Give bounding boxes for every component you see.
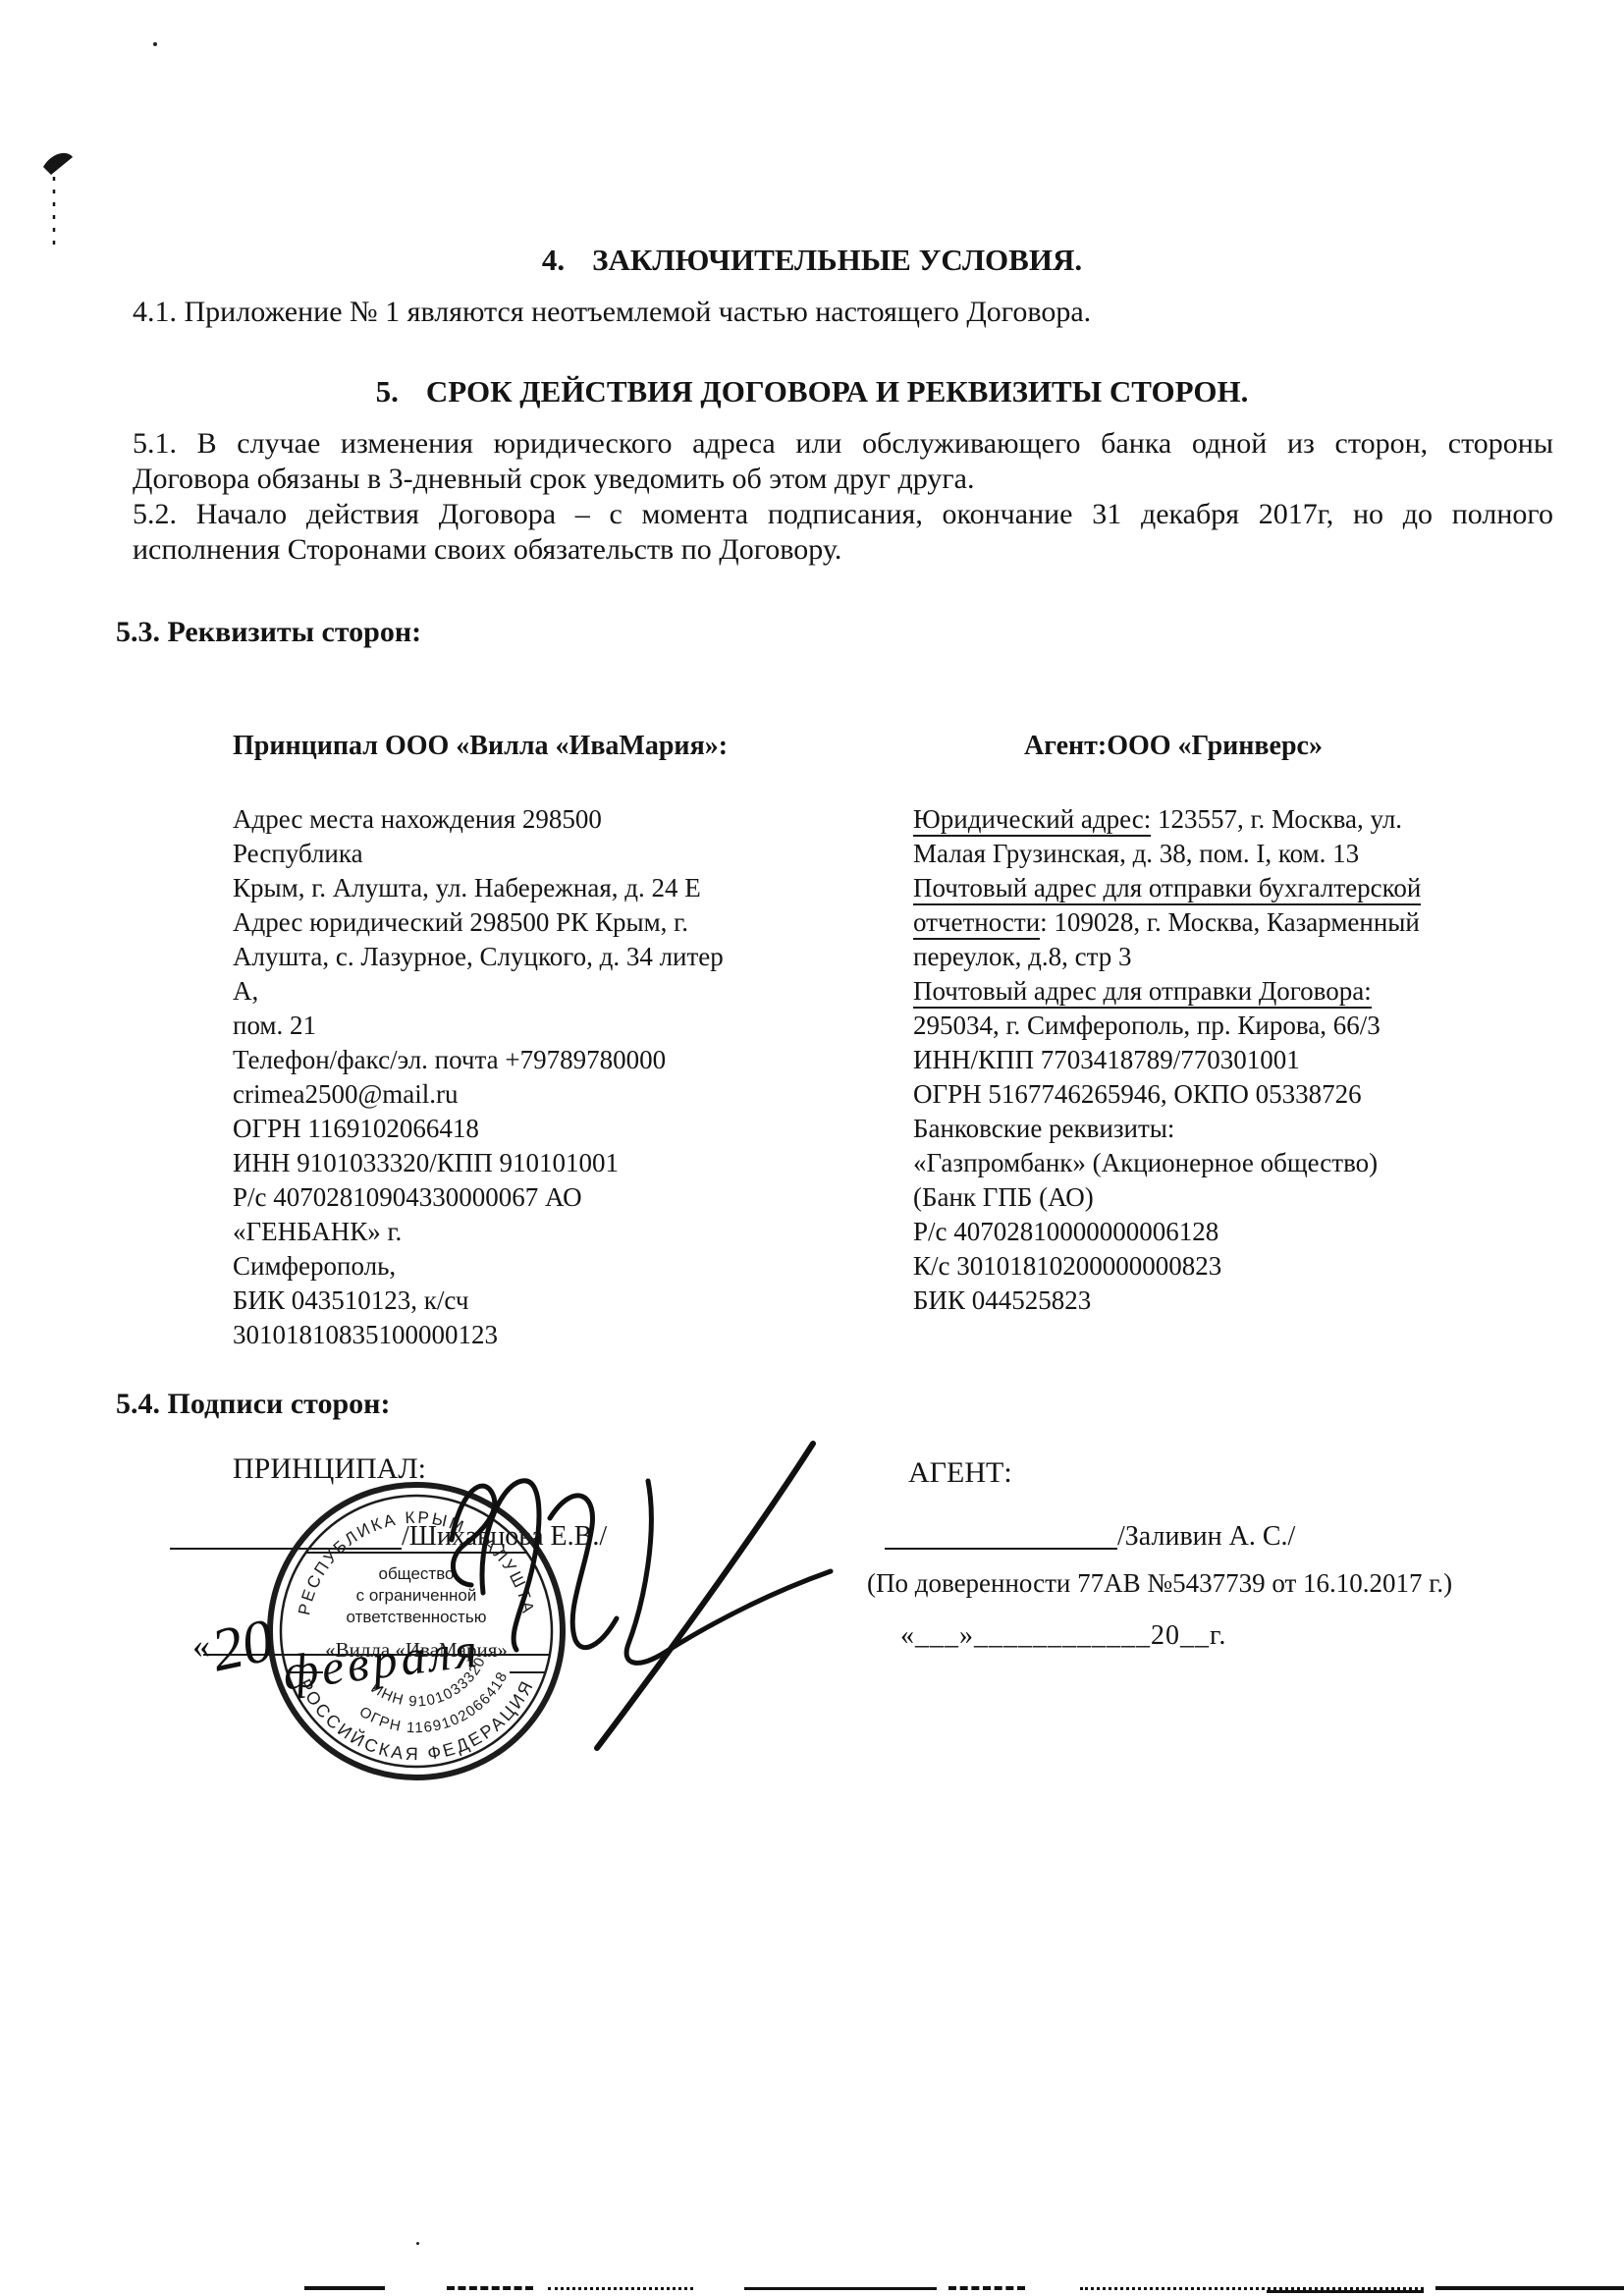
handwritten-day: 20 [206,1607,280,1684]
agent-details: Юридический адрес: 123557, г. Москва, ул… [913,802,1438,1318]
scan-speck [153,42,157,46]
clause-5-4-label: 5.4. Подписи сторон: [116,1387,390,1422]
principal-detail-line: Алушта, с. Лазурное, Слуцкого, д. 34 лит… [233,940,729,1009]
section4-heading: 4.ЗАКЛЮЧИТЕЛЬНЫЕ УСЛОВИЯ. [0,244,1624,277]
principal-detail-line: Крым, г. Алушта, ул. Набережная, д. 24 Е [233,871,729,905]
section5-title: СРОК ДЕЙСТВИЯ ДОГОВОРА И РЕКВИЗИТЫ СТОРО… [426,374,1249,409]
clause-4-1: 4.1. Приложение № 1 являются неотъемлемо… [133,295,1262,330]
agent-detail-line: Р/с 40702810000000006128 [913,1215,1438,1249]
bottom-scan-artifact [304,2286,385,2290]
agent-detail-line: ОГРН 5167746265946, ОКПО 05338726 [913,1077,1438,1112]
agent-detail-line: К/с 30101810200000000823 [913,1249,1438,1284]
clause-5-2-line-2: исполнения Сторонами своих обязательств … [133,532,1553,568]
agent-detail-line: отчетности: 109028, г. Москва, Казарменн… [913,905,1438,940]
principal-details: Адрес места нахождения 298500 Республика… [233,802,729,1352]
principal-handwritten-signature: « 20 февраля [137,1424,864,1886]
section4-number: 4. [542,243,565,277]
section4-title: ЗАКЛЮЧИТЕЛЬНЫЕ УСЛОВИЯ. [592,243,1082,277]
section5-number: 5. [376,374,399,409]
bottom-scan-artifact [948,2286,1025,2290]
agent-detail-line: Банковские реквизиты: [913,1112,1438,1146]
bottom-scan-artifact [447,2286,533,2290]
bottom-scan-artifact [744,2287,937,2290]
agent-detail-line: Малая Грузинская, д. 38, пом. I, ком. 13 [913,837,1438,871]
clause-5-1-line-1: 5.1. В случае изменения юридического адр… [133,426,1553,462]
agent-power-of-attorney: (По доверенности 77АВ №5437739 от 16.10.… [867,1568,1452,1599]
scan-speck [416,2242,419,2245]
agent-detail-line: БИК 044525823 [913,1284,1438,1318]
agent-detail-line: Почтовый адрес для отправки Договора: [913,974,1438,1009]
clause-5-2: 5.2. Начало действия Договора – с момент… [133,497,1553,568]
principal-detail-line: пом. 21 [233,1009,729,1043]
principal-detail-line: ИНН 9101033320/КПП 910101001 [233,1146,729,1180]
agent-signature-line [885,1548,1117,1550]
agent-detail-line: ИНН/КПП 7703418789/770301001 [913,1043,1438,1077]
agent-detail-line: Почтовый адрес для отправки бухгалтерско… [913,871,1438,905]
clause-5-2-line-1: 5.2. Начало действия Договора – с момент… [133,497,1553,532]
principal-detail-line: Р/с 40702810904330000067 АО «ГЕНБАНК» г. [233,1180,729,1249]
agent-detail-line: (Банк ГПБ (АО) [913,1180,1438,1215]
clause-5-1: 5.1. В случае изменения юридического адр… [133,426,1553,497]
section5-heading: 5.СРОК ДЕЙСТВИЯ ДОГОВОРА И РЕКВИЗИТЫ СТО… [0,375,1624,409]
principal-detail-line: ОГРН 1169102066418 [233,1112,729,1146]
clause-5-3-label: 5.3. Реквизиты сторон: [116,615,421,650]
bottom-scan-artifact [1435,2286,1624,2290]
principal-detail-line: Адрес юридический 298500 РК Крым, г. [233,905,729,940]
principal-detail-line: Симферополь, [233,1249,729,1284]
scanned-contract-page: { "document": { "section4": { "num": "4.… [0,0,1624,2296]
handwritten-month: февраля [280,1621,484,1700]
bottom-scan-artifact [548,2287,693,2290]
handwritten-date: « 20 февраля [192,1607,484,1700]
principal-detail-line: Телефон/факс/эл. почта +79789780000 [233,1043,729,1077]
principal-column-header: Принципал ООО «Вилла «ИваМария»: [233,731,728,762]
agent-date-blank: «___»____________20__г. [900,1620,1226,1652]
agent-detail-line: переулок, д.8, стр 3 [913,940,1438,974]
clause-5-1-line-2: Договора обязаны в 3-дневный срок уведом… [133,462,1553,497]
agent-detail-line: Юридический адрес: 123557, г. Москва, ул… [913,802,1438,837]
principal-detail-line: БИК 043510123, к/сч 30101810835100000123 [233,1284,729,1352]
bottom-scan-artifact [1267,2290,1424,2293]
handwritten-date-quote: « [192,1626,210,1666]
signature-strokes [452,1444,831,1748]
scan-artifact-mark [35,147,79,260]
agent-signature-label: АГЕНТ: [908,1455,1012,1491]
agent-signatory-name: /Заливин А. С./ [1117,1521,1295,1553]
principal-detail-line: crimea2500@mail.ru [233,1077,729,1112]
agent-detail-line: 295034, г. Симферополь, пр. Кирова, 66/3 [913,1009,1438,1043]
principal-detail-line: Адрес места нахождения 298500 Республика [233,802,729,871]
agent-detail-line: «Газпромбанк» (Акционерное общество) [913,1146,1438,1180]
agent-column-header: Агент:ООО «Гринверс» [913,731,1434,762]
